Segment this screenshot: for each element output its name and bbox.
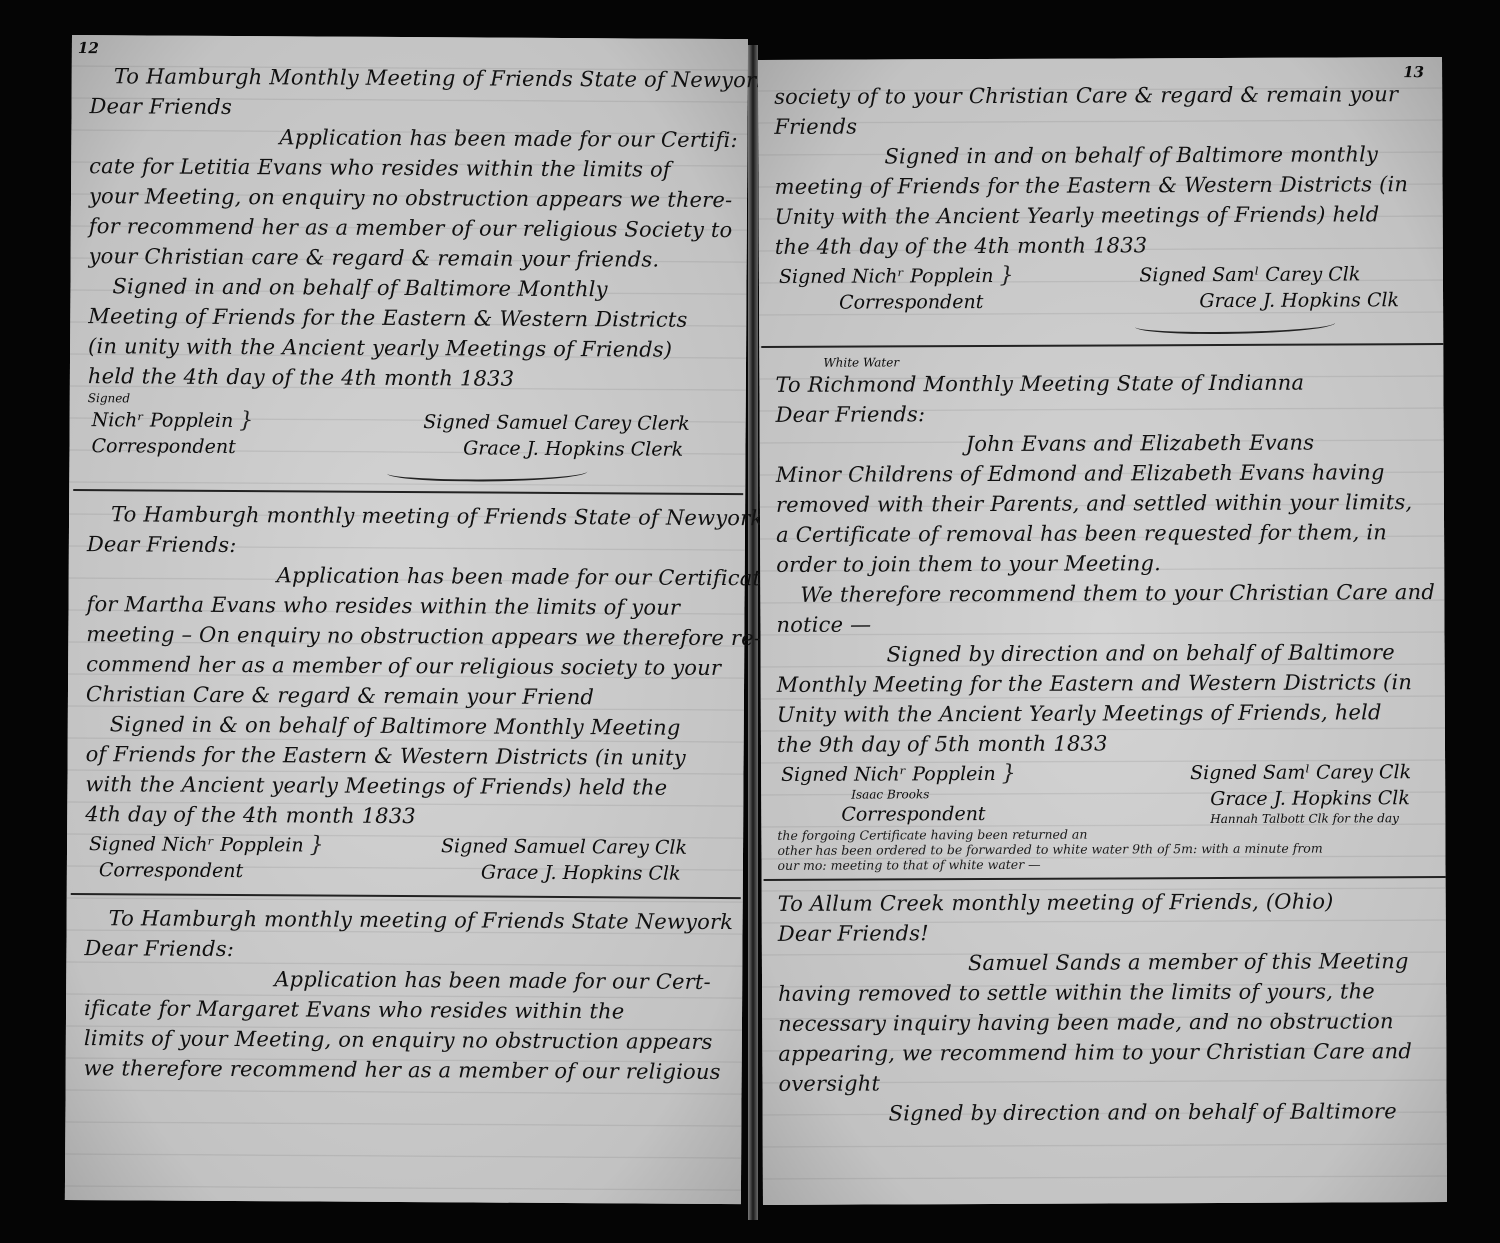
interlined-clerk: Hannah Talbott Clk for the day	[1190, 811, 1411, 826]
body-line: limits of your Meeting, on enquiry no ob…	[84, 1023, 726, 1057]
correspondent-role: Correspondent	[781, 801, 1016, 828]
signed-prefix: Signed	[88, 391, 730, 409]
entry-divider	[764, 876, 1446, 881]
page-number: 12	[78, 39, 99, 57]
certificate-entry: To Hamburgh monthly meeting of Friends S…	[84, 903, 727, 1087]
body-line: we therefore recommend her as a member o…	[84, 1053, 726, 1087]
signing-line: (in unity with the Ancient yearly Meetin…	[88, 331, 730, 365]
correspondent-name: Signed Nichʳ Popplein	[779, 265, 994, 288]
margin-note-line: our mo: meeting to that of white water —	[777, 855, 1431, 873]
signing-line: of Friends for the Eastern & Western Dis…	[86, 739, 728, 773]
body-line: a Certificate of removal has been reques…	[776, 517, 1430, 550]
body-line: Samuel Sands a member of this Meeting	[778, 946, 1432, 979]
clerk-signature: Grace J. Hopkins Clk	[441, 859, 687, 887]
correspondent-role: Correspondent	[89, 857, 324, 884]
body-line: ificate for Margaret Evans who resides w…	[84, 993, 726, 1027]
address-line: To Richmond Monthly Meeting State of Ind…	[775, 367, 1429, 400]
signing-line: the 4th day of the 4th month 1833	[775, 229, 1429, 262]
address-line: To Hamburgh monthly meeting of Friends S…	[87, 499, 729, 533]
certificate-entry: society of to your Christian Care & rega…	[774, 79, 1429, 348]
signature-block: Nichʳ Popplein } Correspondent Signed Sa…	[87, 407, 729, 463]
body-line: your Meeting, on enquiry no obstruction …	[89, 181, 731, 215]
clerk-signature: Signed Samˡ Carey Clk	[1190, 759, 1411, 786]
clerk-signature: Grace J. Hopkins Clk	[1139, 287, 1399, 314]
signature-block: Signed Nichʳ Popplein } Isaac Brooks Cor…	[777, 759, 1431, 828]
interlined-correspondent: Isaac Brooks	[781, 787, 1016, 802]
body-line: Minor Childrens of Edmond and Elizabeth …	[776, 457, 1430, 490]
signing-line: Monthly Meeting for the Eastern and West…	[777, 667, 1431, 700]
left-page: 12 To Hamburgh Monthly Meeting of Friend…	[65, 35, 748, 1204]
salutation: Dear Friends:	[775, 397, 1429, 430]
clerk-signature: Grace J. Hopkins Clk	[1190, 785, 1411, 812]
body-line: your Christian care & regard & remain yo…	[89, 241, 731, 275]
continuation-line: society of to your Christian Care & rega…	[774, 79, 1428, 112]
signing-line: with the Ancient yearly Meetings of Frie…	[85, 769, 727, 803]
continuation-line: Friends	[774, 109, 1428, 142]
certificate-entry: To Allum Creek monthly meeting of Friend…	[778, 886, 1433, 1129]
correspondent-name: Signed Nichʳ Popplein	[89, 833, 304, 856]
entry-divider	[73, 489, 743, 495]
certificate-entry: To Hamburgh Monthly Meeting of Friends S…	[87, 61, 732, 495]
signing-line: Unity with the Ancient Yearly Meetings o…	[777, 697, 1431, 730]
body-line: having removed to settle within the limi…	[778, 976, 1432, 1009]
address-line: To Hamburgh monthly meeting of Friends S…	[85, 903, 727, 937]
salutation: Dear Friends!	[778, 916, 1432, 949]
signature-block: Signed Nichʳ Popplein } Correspondent Si…	[775, 261, 1429, 316]
recommend-line: notice —	[776, 607, 1430, 640]
clerk-signature: Grace J. Hopkins Clerk	[423, 435, 689, 463]
brace-icon: }	[1000, 263, 1014, 288]
clerk-signature: Signed Samuel Carey Clerk	[423, 409, 689, 437]
signing-line: Unity with the Ancient Yearly meetings o…	[775, 199, 1429, 232]
flourish-icon	[1135, 315, 1335, 334]
signature-block: Signed Nichʳ Popplein } Correspondent Si…	[85, 831, 727, 887]
correspondent-name: Nichʳ Popplein	[92, 409, 234, 432]
correspondent-role: Correspondent	[779, 289, 1014, 316]
body-line: for Martha Evans who resides within the …	[86, 589, 728, 623]
signing-line: Signed in and on behalf of Baltimore Mon…	[88, 271, 730, 305]
signing-line: Signed by direction and on behalf of Bal…	[779, 1096, 1433, 1129]
signing-line: Signed in and on behalf of Baltimore mon…	[774, 139, 1428, 172]
clerk-signature: Signed Samˡ Carey Clk	[1139, 261, 1399, 288]
salutation: Dear Friends:	[87, 529, 729, 563]
clerk-signature: Signed Samuel Carey Clk	[441, 833, 687, 861]
signing-line: Meeting of Friends for the Eastern & Wes…	[88, 301, 730, 335]
body-line: Christian Care & regard & remain your Fr…	[86, 679, 728, 713]
flourish-icon	[387, 463, 587, 482]
address-line: To Hamburgh Monthly Meeting of Friends S…	[90, 61, 732, 95]
body-line: commend her as a member of our religious…	[86, 649, 728, 683]
certificate-entry: To Hamburgh monthly meeting of Friends S…	[85, 499, 729, 899]
signing-line: meeting of Friends for the Eastern & Wes…	[774, 169, 1428, 202]
body-line: John Evans and Elizabeth Evans	[776, 427, 1430, 460]
body-line: oversight	[778, 1066, 1432, 1099]
right-page: 13 society of to your Christian Care & r…	[758, 57, 1447, 1205]
signing-line: Signed by direction and on behalf of Bal…	[777, 637, 1431, 670]
body-line: meeting – On enquiry no obstruction appe…	[86, 619, 728, 653]
body-line: cate for Letitia Evans who resides withi…	[89, 151, 731, 185]
brace-icon: }	[310, 832, 324, 857]
brace-icon: }	[239, 408, 253, 433]
entry-divider	[71, 893, 741, 899]
body-line: necessary inquiry having been made, and …	[778, 1006, 1432, 1039]
correspondent-name: Signed Nichʳ Popplein	[781, 763, 996, 786]
body-line: Application has been made for our Cert-	[84, 963, 726, 997]
entry-divider	[761, 343, 1443, 348]
body-line: removed with their Parents, and settled …	[776, 487, 1430, 520]
signing-line: 4th day of the 4th month 1833	[85, 799, 727, 833]
address-line: To Allum Creek monthly meeting of Friend…	[778, 886, 1432, 919]
recommend-line: We therefore recommend them to your Chri…	[776, 577, 1430, 610]
signing-line: the 9th day of 5th month 1833	[777, 727, 1431, 760]
body-line: appearing, we recommend him to your Chri…	[778, 1036, 1432, 1069]
certificate-entry: White Water To Richmond Monthly Meeting …	[775, 353, 1431, 881]
correspondent-role: Correspondent	[91, 433, 253, 460]
body-line: Application has been made for our Certif…	[89, 121, 731, 155]
salutation: Dear Friends:	[84, 933, 726, 967]
signing-line: held the 4th day of the 4th month 1833	[88, 361, 730, 395]
body-line: Application has been made for our Certif…	[87, 559, 729, 593]
body-line: for recommend her as a member of our rel…	[89, 211, 731, 245]
body-line: order to join them to your Meeting.	[776, 547, 1430, 580]
brace-icon: }	[1002, 761, 1016, 786]
salutation: Dear Friends	[89, 91, 731, 125]
signing-line: Signed in & on behalf of Baltimore Month…	[86, 709, 728, 743]
